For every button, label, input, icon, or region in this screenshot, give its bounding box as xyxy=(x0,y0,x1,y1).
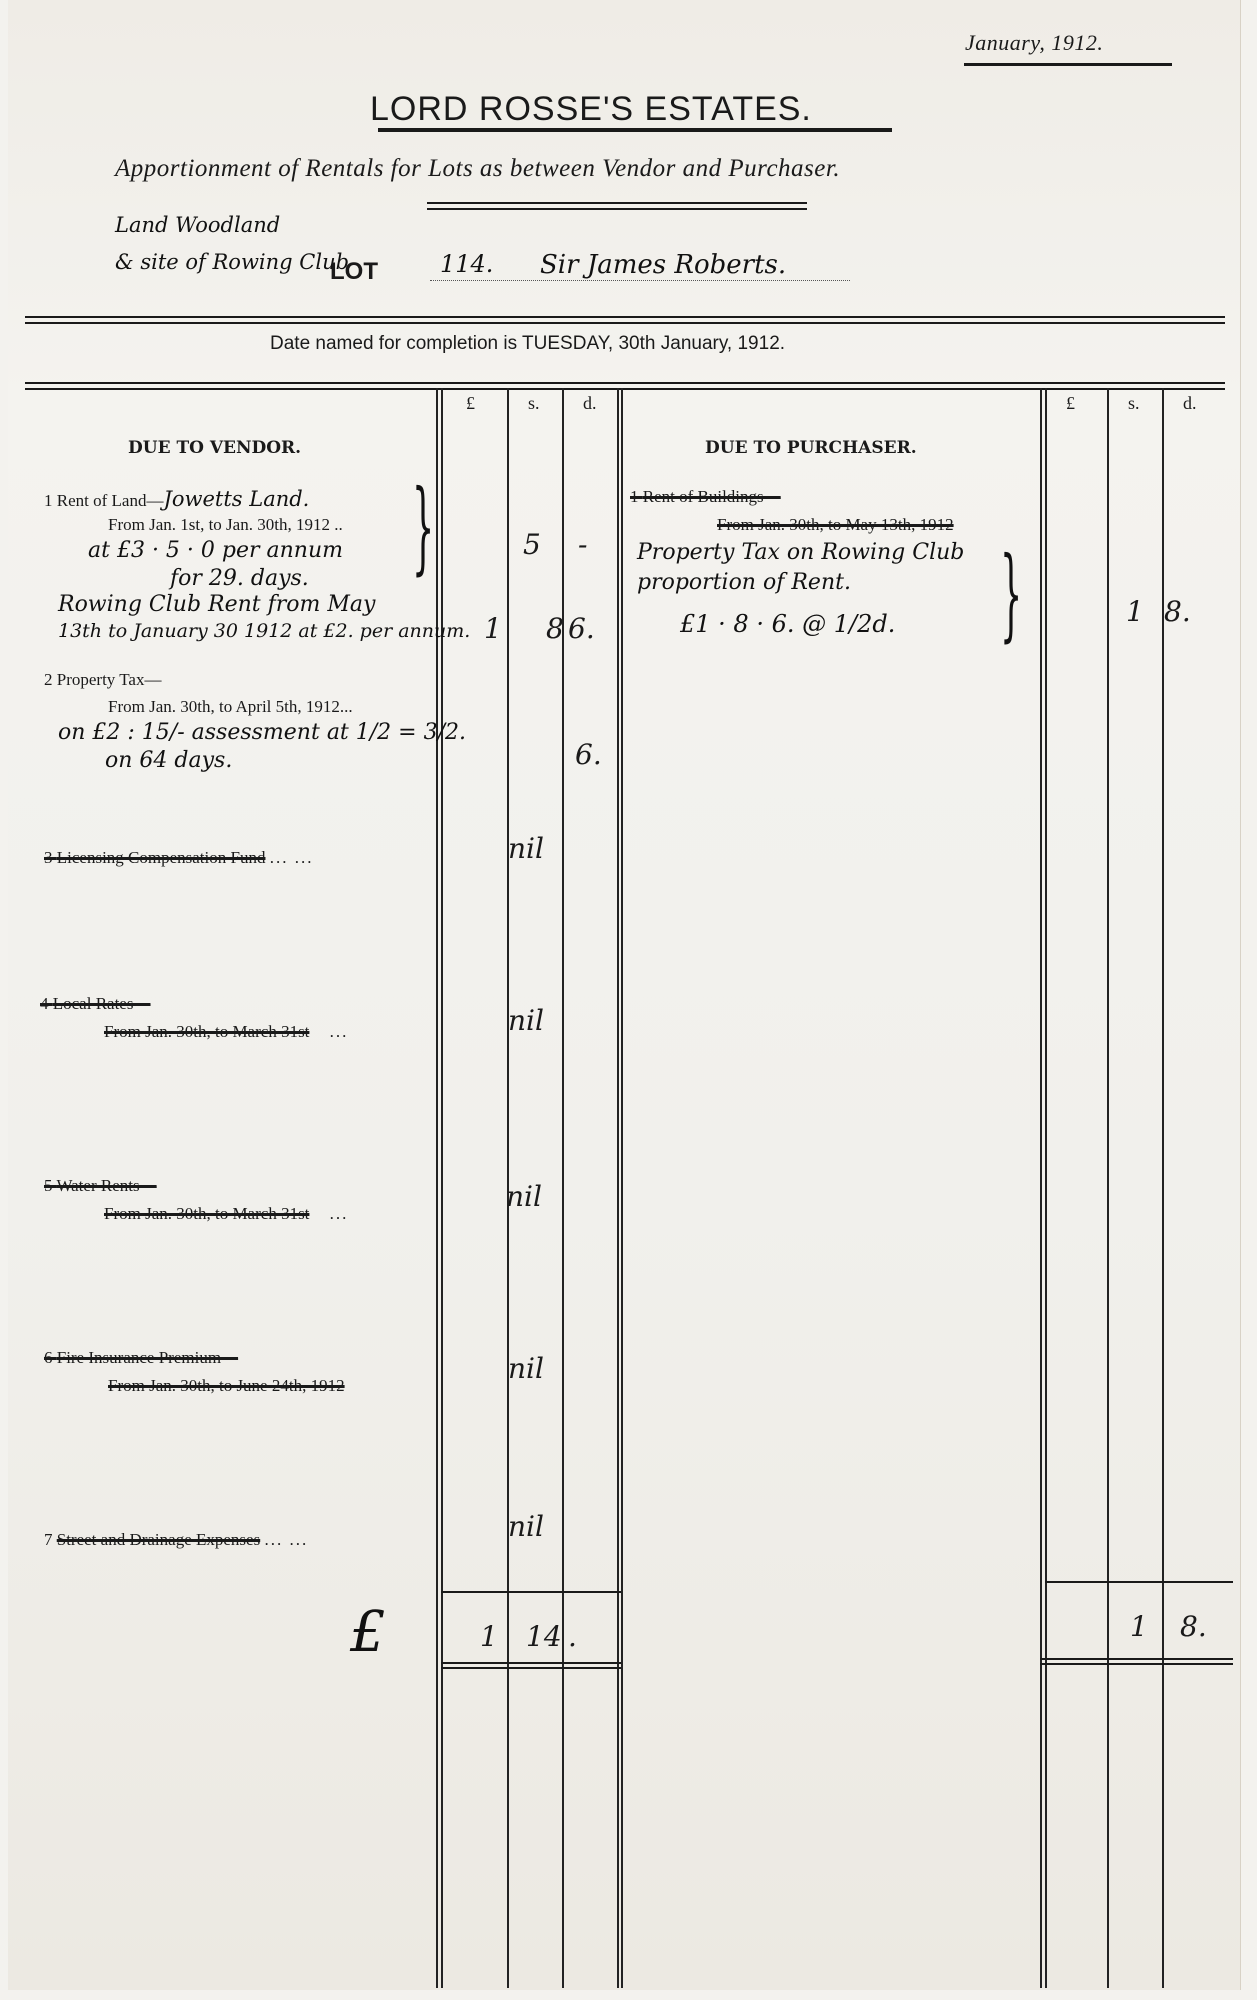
purchaser-total-pence: 8. xyxy=(1180,1610,1207,1643)
vendor-item-2-period: From Jan. 30th, to April 5th, 1912... xyxy=(108,697,353,717)
purchaser-pence-header: d. xyxy=(1183,393,1197,414)
ditto-marks: ... ... xyxy=(270,848,314,867)
total-pound-symbol: £ xyxy=(350,1600,386,1665)
vendor-item-1-extra-shillings: 8 xyxy=(546,612,564,645)
vendor-item-3-amount: nil xyxy=(508,832,544,865)
ditto-marks: ... xyxy=(330,1022,349,1041)
purchaser-item-1: 1 Rent of Buildings— xyxy=(630,487,781,507)
vendor-item-1-pence: - xyxy=(578,528,587,561)
total-bottom-rule xyxy=(441,1667,621,1669)
vendor-item-7: 7 Street and Drainage Expenses ... ... xyxy=(44,1530,308,1550)
item-number: 1 xyxy=(44,491,53,510)
purchaser-pounds-header: £ xyxy=(1066,393,1075,414)
lot-label: LOT xyxy=(330,258,378,286)
vendor-total-shillings: 14 xyxy=(526,1620,562,1653)
lot-dotted-line xyxy=(430,280,850,281)
item-label-struck: 3 Licensing Compensation Fund xyxy=(44,848,265,867)
vendor-pence-header: d. xyxy=(583,393,597,414)
vendor-shillings-header: s. xyxy=(528,393,540,414)
vendor-item-2-note: on 64 days. xyxy=(105,748,232,773)
vendor-item-4-period: From Jan. 30th, to March 31st ... xyxy=(104,1022,348,1042)
shillings-pence-divider xyxy=(1162,388,1164,1988)
lot-description-line1: Land Woodland xyxy=(115,213,280,237)
document-subtitle: Apportionment of Rentals for Lots as bet… xyxy=(115,155,840,183)
vendor-heading: DUE TO VENDOR. xyxy=(128,438,301,458)
purchaser-column-border xyxy=(1045,388,1047,1988)
purchaser-total-shillings: 1 xyxy=(1130,1610,1148,1643)
vendor-item-6-period: From Jan. 30th, to June 24th, 1912 xyxy=(108,1376,345,1396)
ditto-marks: ... xyxy=(330,1204,349,1223)
lot-purchaser-name: Sir James Roberts. xyxy=(540,250,786,280)
vendor-item-1-extra-note: 13th to January 30 1912 at £2. per annum… xyxy=(58,620,470,642)
vendor-item-2-note: on £2 : 15/- assessment at 1/2 = 3/2. xyxy=(58,720,466,745)
vendor-item-6-amount: nil xyxy=(508,1352,544,1385)
total-bottom-rule xyxy=(441,1662,621,1664)
completion-date: Date named for completion is TUESDAY, 30… xyxy=(270,333,785,355)
brace: } xyxy=(412,468,434,585)
item-number: 2 xyxy=(44,670,53,689)
purchaser-note: proportion of Rent. xyxy=(637,570,851,595)
document-page xyxy=(8,0,1241,1990)
double-rule xyxy=(25,382,1225,384)
ditto-marks: ... ... xyxy=(264,1530,308,1549)
subtitle-rule xyxy=(427,208,807,210)
vendor-item-1-extra-note: Rowing Club Rent from May xyxy=(58,592,375,617)
vendor-item-1-extra-pounds: 1 xyxy=(484,612,502,645)
total-bottom-rule xyxy=(1040,1658,1233,1660)
vendor-item-1-extra-pence: 6. xyxy=(568,612,595,645)
vendor-item-1: 1 Rent of Land—Jowetts Land. xyxy=(44,487,309,511)
brace: } xyxy=(1000,535,1022,652)
vendor-item-5-period: From Jan. 30th, to March 31st ... xyxy=(104,1204,348,1224)
vendor-item-6: 6 Fire Insurance Premium— xyxy=(44,1348,238,1368)
vendor-item-5: 5 Water Rents— xyxy=(44,1176,157,1196)
item-handwritten-label: Jowetts Land. xyxy=(163,487,309,511)
vendor-item-1-note: for 29. days. xyxy=(170,566,309,591)
lot-number: 114. xyxy=(440,250,493,278)
purchaser-column-border xyxy=(1040,388,1042,1988)
double-rule xyxy=(25,316,1225,318)
double-rule xyxy=(25,322,1225,324)
purchaser-note: Property Tax on Rowing Club xyxy=(637,540,964,565)
vendor-item-1-note: at £3 · 5 · 0 per annum xyxy=(88,538,343,563)
purchaser-item-1-period: From Jan. 30th, to May 13th, 1912 xyxy=(717,515,954,535)
purchaser-item-pence: 8. xyxy=(1164,595,1191,628)
vendor-item-1-period: From Jan. 1st, to Jan. 30th, 1912 .. xyxy=(108,515,343,535)
vendor-item-2-pence: 6. xyxy=(575,738,602,771)
vendor-right-border xyxy=(621,388,623,1988)
vendor-item-2: 2 Property Tax— xyxy=(44,670,161,690)
purchaser-note: £1 · 8 · 6. @ 1/2d. xyxy=(680,610,895,638)
vendor-total-pence: . xyxy=(568,1620,577,1653)
vendor-pounds-header: £ xyxy=(466,393,475,414)
purchaser-shillings-header: s. xyxy=(1128,393,1140,414)
document-date: January, 1912. xyxy=(965,30,1103,56)
item-label: Rent of Land— xyxy=(57,491,164,510)
purchaser-heading: DUE TO PURCHASER. xyxy=(705,438,917,458)
document-title: LORD ROSSE'S ESTATES. xyxy=(370,90,812,129)
item-label-struck: Street and Drainage Expenses xyxy=(57,1530,260,1549)
vendor-item-3: 3 Licensing Compensation Fund ... ... xyxy=(44,848,313,868)
vendor-item-4-amount: nil xyxy=(508,1004,544,1037)
total-top-rule xyxy=(1045,1581,1233,1583)
vendor-right-border xyxy=(617,388,619,1988)
total-top-rule xyxy=(441,1591,621,1593)
vendor-item-1-shillings: 5 xyxy=(523,528,541,561)
purchaser-item-shillings: 1 xyxy=(1126,595,1144,628)
date-underline xyxy=(964,63,1172,66)
title-underline xyxy=(378,128,892,132)
vendor-item-4: 4 Local Rates— xyxy=(40,994,150,1014)
vendor-item-5-amount: nil xyxy=(506,1180,542,1213)
vendor-item-7-amount: nil xyxy=(508,1510,544,1543)
lot-description-line2: & site of Rowing Club xyxy=(115,250,349,274)
subtitle-rule xyxy=(427,202,807,204)
item-label: Property Tax— xyxy=(57,670,162,689)
total-bottom-rule xyxy=(1040,1663,1233,1665)
vendor-total-pounds: 1 xyxy=(480,1620,498,1653)
pounds-shillings-divider xyxy=(1107,388,1109,1988)
